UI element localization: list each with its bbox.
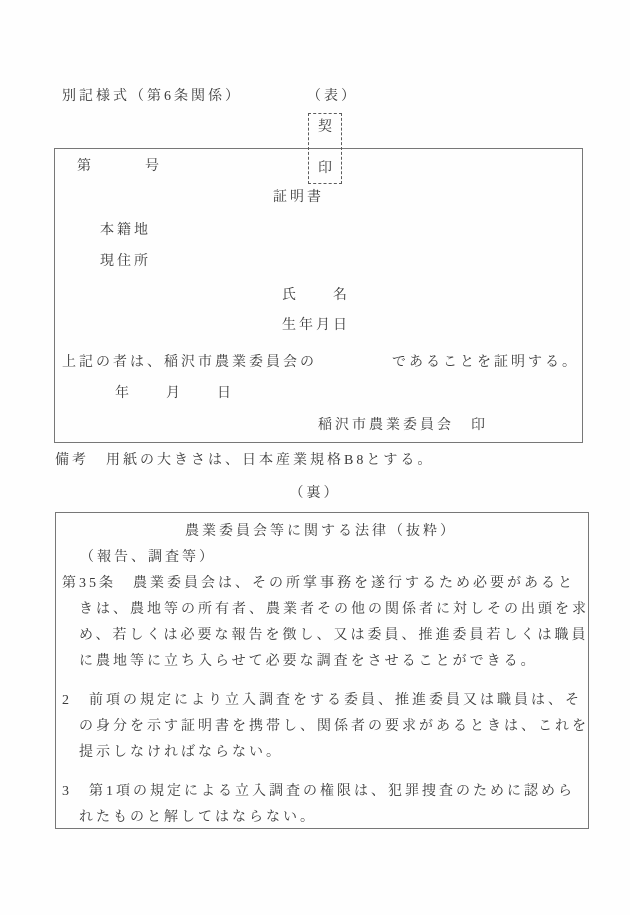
law-paragraph2-line-1: 2 前項の規定により立入調査をする委員、推進委員又は職員は、そ (60, 688, 582, 714)
tally-seal-lower-char: 印 (318, 160, 332, 177)
field-label-birthdate: 生年月日 (282, 317, 350, 334)
document-number-line: 第 号 (77, 158, 162, 175)
law-article35-line-2: きは、農地等の所有者、農業者その他の関係者に対しその出頭を求 (60, 597, 582, 623)
paper-size-note: 備考 用紙の大きさは、日本産業規格B8とする。 (55, 452, 434, 469)
law-title: 農業委員会等に関する法律（抜粋） (60, 519, 582, 545)
tally-seal-upper-char: 契 (318, 119, 332, 136)
law-article35-line-4: に農地等に立ち入らせて必要な調査をさせることができる。 (60, 649, 582, 675)
certificate-form-page: 別記様式（第6条関係） （表） 契 印 第 号 証明書 本籍地 現住所 氏 名 … (0, 0, 630, 915)
certification-statement: 上記の者は、稲沢市農業委員会の であることを証明する。 (62, 354, 579, 371)
law-paragraph3-line-1: 3 第1項の規定による立入調査の権限は、犯罪捜査のために認めら (60, 779, 582, 805)
field-label-current-address: 現住所 (100, 253, 151, 270)
issue-date-line: 年 月 日 (115, 385, 234, 402)
back-law-box: 農業委員会等に関する法律（抜粋） （報告、調査等） 第35条 農業委員会は、その… (55, 512, 589, 829)
certification-statement-suffix: であることを証明する。 (392, 354, 579, 371)
front-side-label: （表） (307, 88, 358, 105)
law-article35-line-1: 第35条 農業委員会は、その所掌事務を遂行するため必要があると (60, 571, 582, 597)
back-side-label: （裏） (0, 485, 630, 502)
tally-seal-box: 契 印 (308, 113, 342, 184)
issuer-seal-line: 稲沢市農業委員会 印 (318, 417, 488, 434)
certificate-title: 証明書 (273, 189, 324, 206)
law-article35-line-3: め、若しくは必要な報告を徴し、又は委員、推進委員若しくは職員 (60, 623, 582, 649)
law-section-heading: （報告、調査等） (60, 545, 582, 571)
form-reference-label: 別記様式（第6条関係） (62, 88, 242, 105)
field-label-name: 氏 名 (282, 287, 350, 304)
law-paragraph3-line-2: れたものと解してはならない。 (60, 805, 582, 831)
field-label-registered-domicile: 本籍地 (100, 222, 151, 239)
certification-statement-prefix: 上記の者は、稲沢市農業委員会の (62, 354, 317, 371)
law-paragraph2-line-3: 提示しなければならない。 (60, 740, 582, 766)
law-paragraph2-line-2: の身分を示す証明書を携帯し、関係者の要求があるときは、これを (60, 714, 582, 740)
